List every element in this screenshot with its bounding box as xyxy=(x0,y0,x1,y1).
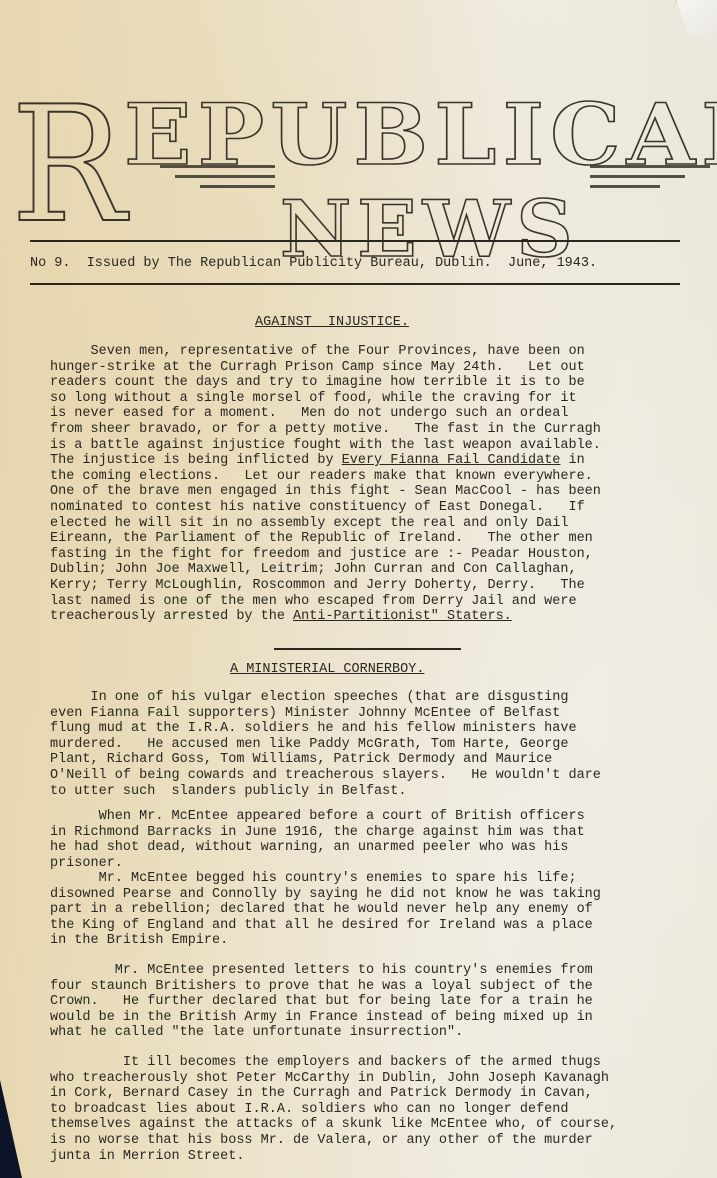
masthead-initial: R xyxy=(11,85,125,245)
article-paragraph: In one of his vulgar election speeches (… xyxy=(50,690,690,799)
article-paragraph: It ill becomes the employers and backers… xyxy=(50,1055,690,1164)
divider-bottom xyxy=(30,283,680,285)
section-divider xyxy=(274,648,461,650)
article-paragraph: When Mr. McEntee appeared before a court… xyxy=(50,809,690,871)
article-heading-ministerial-cornerboy: A MINISTERIAL CORNERBOY. xyxy=(230,662,424,677)
underlined-phrase: Every Fianna Fail Candidate xyxy=(342,453,561,468)
masthead-dashes-left xyxy=(160,165,280,195)
article-paragraph: Mr. McEntee presented letters to his cou… xyxy=(50,963,690,1041)
masthead: R EPUBLICAN NEWS xyxy=(0,40,717,230)
article-paragraph: Mr. McEntee begged his country's enemies… xyxy=(50,871,690,949)
issue-line: No 9. Issued by The Republican Publicity… xyxy=(30,256,690,271)
underlined-phrase: Anti-Partitionist" Staters. xyxy=(293,609,512,624)
article-body-against-injustice: Seven men, representative of the Four Pr… xyxy=(50,344,690,625)
divider-top xyxy=(30,240,680,242)
masthead-dashes-right xyxy=(590,165,710,195)
article-heading-against-injustice: AGAINST INJUSTICE. xyxy=(255,315,409,330)
